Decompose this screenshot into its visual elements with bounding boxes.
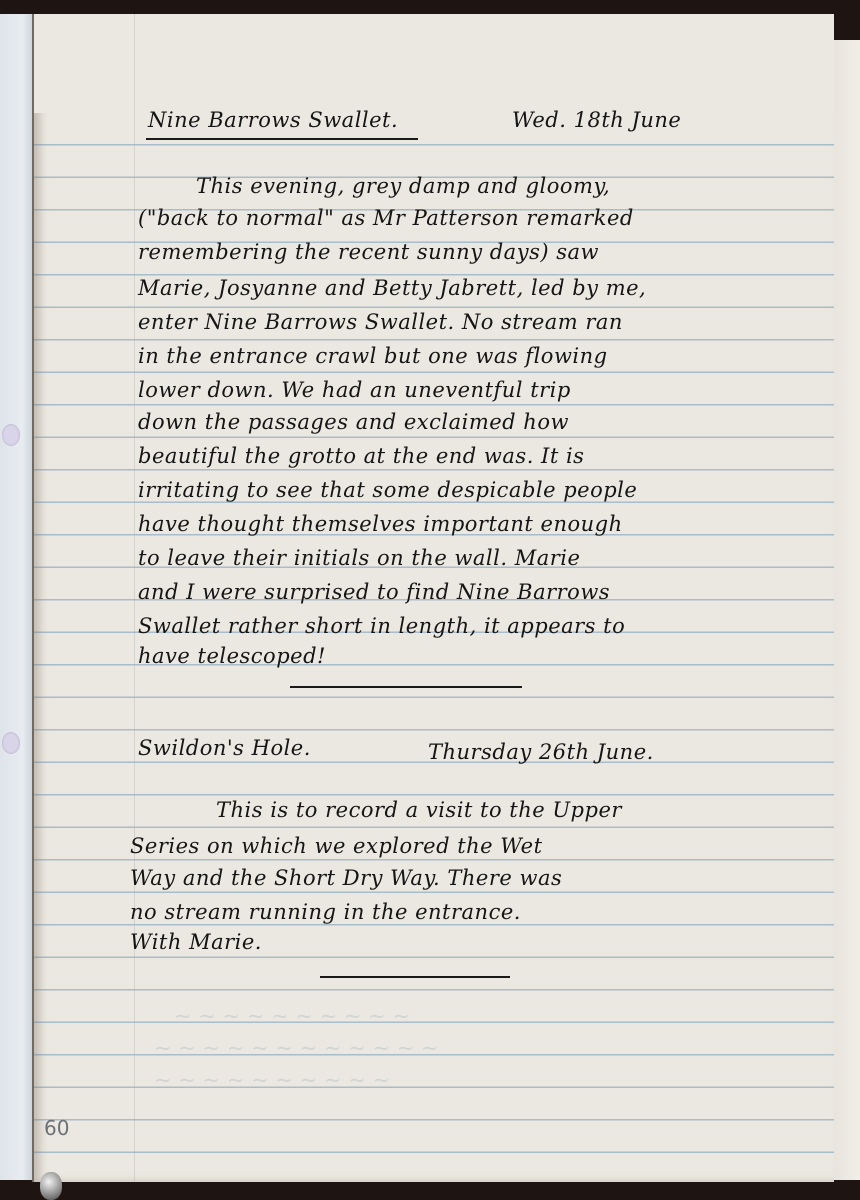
punch-hole	[2, 424, 20, 446]
entry-1-line: and I were surprised to find Nine Barrow…	[138, 580, 610, 604]
page-number: 60	[44, 1116, 69, 1140]
entry-1-date: Wed. 18th June	[512, 108, 681, 132]
notebook-page: ~ ~ ~ ~ ~ ~ ~ ~ ~ ~ ~ ~ ~ ~ ~ ~ ~ ~ ~ ~ …	[32, 14, 834, 1182]
entry-separator	[320, 976, 510, 978]
bleed-through-text: ~ ~ ~ ~ ~ ~ ~ ~ ~ ~ ~ ~	[154, 1036, 439, 1060]
margin-rule	[134, 14, 135, 1182]
binder-pin	[40, 1172, 62, 1200]
entry-1-line: ("back to normal" as Mr Patterson remark…	[138, 206, 634, 230]
entry-1-line: in the entrance crawl but one was flowin…	[138, 344, 608, 368]
entry-1-title-underline	[146, 138, 418, 140]
entry-separator	[290, 686, 522, 688]
entry-2-line: This is to record a visit to the Upper	[216, 798, 622, 822]
entry-2-line: With Marie.	[130, 930, 262, 954]
entry-1-line: enter Nine Barrows Swallet. No stream ra…	[138, 310, 623, 334]
entry-2-line: Series on which we explored the Wet	[130, 834, 543, 858]
entry-1-line: beautiful the grotto at the end was. It …	[138, 444, 584, 468]
entry-2-line: no stream running in the entrance.	[130, 900, 521, 924]
entry-1-line: Swallet rather short in length, it appea…	[138, 614, 625, 638]
entry-1-line: down the passages and exclaimed how	[138, 410, 569, 434]
entry-2-title: Swildon's Hole.	[138, 736, 311, 760]
bleed-through-text: ~ ~ ~ ~ ~ ~ ~ ~ ~ ~	[154, 1068, 390, 1092]
entry-1-line: remembering the recent sunny days) saw	[138, 240, 599, 264]
entry-1-line: to leave their initials on the wall. Mar…	[138, 546, 580, 570]
entry-1-line: have thought themselves important enough	[138, 512, 623, 536]
binder-strip	[0, 14, 33, 1180]
entry-1-line: have telescoped!	[138, 644, 326, 668]
entry-1-line: irritating to see that some despicable p…	[138, 478, 637, 502]
entry-1-line: lower down. We had an uneventful trip	[138, 378, 571, 402]
bleed-through-text: ~ ~ ~ ~ ~ ~ ~ ~ ~ ~	[174, 1004, 410, 1028]
entry-1-line: Marie, Josyanne and Betty Jabrett, led b…	[138, 276, 646, 300]
entry-2-line: Way and the Short Dry Way. There was	[130, 866, 562, 890]
entry-1-line: This evening, grey damp and gloomy,	[196, 174, 610, 198]
entry-1-title: Nine Barrows Swallet.	[148, 108, 398, 132]
punch-hole	[2, 732, 20, 754]
entry-2-date: Thursday 26th June.	[428, 740, 654, 764]
